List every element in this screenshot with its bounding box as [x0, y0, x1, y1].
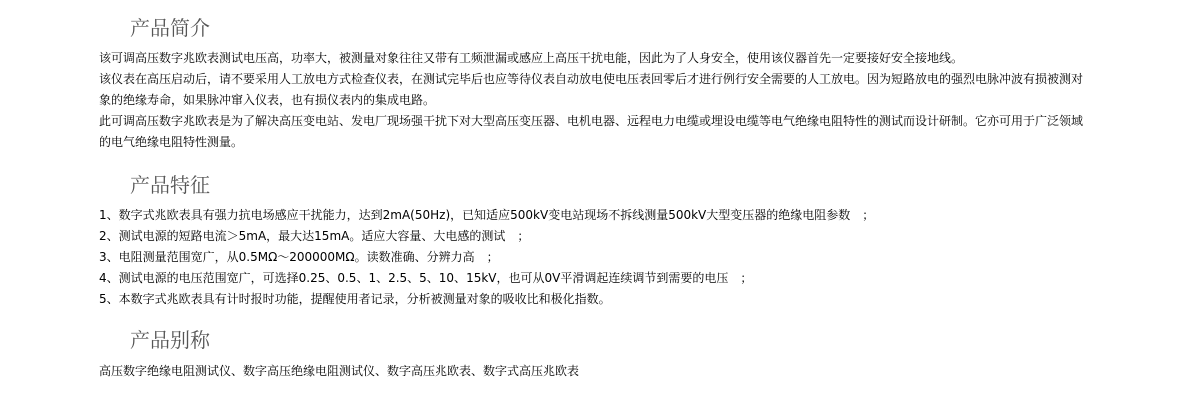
section-title-features: 产品特征 — [130, 171, 210, 199]
feature-item-2: 2、测试电源的短路电流＞5mA，最大达15mA。适应大容量、大电感的测试 ； — [99, 226, 529, 247]
feature-item-5: 5、本数字式兆欧表具有计时报时功能，提醒使用者记录，分析被测量对象的吸收比和极化… — [99, 289, 611, 310]
feature-item-1: 1、数字式兆欧表具有强力抗电场感应干扰能力，达到2mA(50Hz)，已知适应50… — [99, 205, 874, 226]
intro-paragraph-1: 该可调高压数字兆欧表测试电压高，功率大，被测量对象往往又带有工频泄漏或感应上高压… — [99, 48, 1094, 69]
feature-item-3: 3、电阻测量范围宽广，从0.5MΩ～200000MΩ。读数准确、分辨力高 ； — [99, 247, 499, 268]
aliases-text: 高压数字绝缘电阻测试仪、数字高压绝缘电阻测试仪、数字高压兆欧表、数字式高压兆欧表 — [99, 361, 579, 382]
section-title-intro: 产品简介 — [130, 14, 210, 42]
feature-item-4: 4、测试电源的电压范围宽广，可选择0.25、0.5、1、2.5、5、10、15k… — [99, 268, 752, 289]
intro-paragraph-3: 此可调高压数字兆欧表是为了解决高压变电站、发电厂现场强干扰下对大型高压变压器、电… — [99, 111, 1094, 153]
intro-paragraph-2: 该仪表在高压启动后，请不要采用人工放电方式检查仪表，在测试完毕后也应等待仪表自动… — [99, 69, 1094, 111]
section-title-aliases: 产品别称 — [130, 326, 210, 354]
